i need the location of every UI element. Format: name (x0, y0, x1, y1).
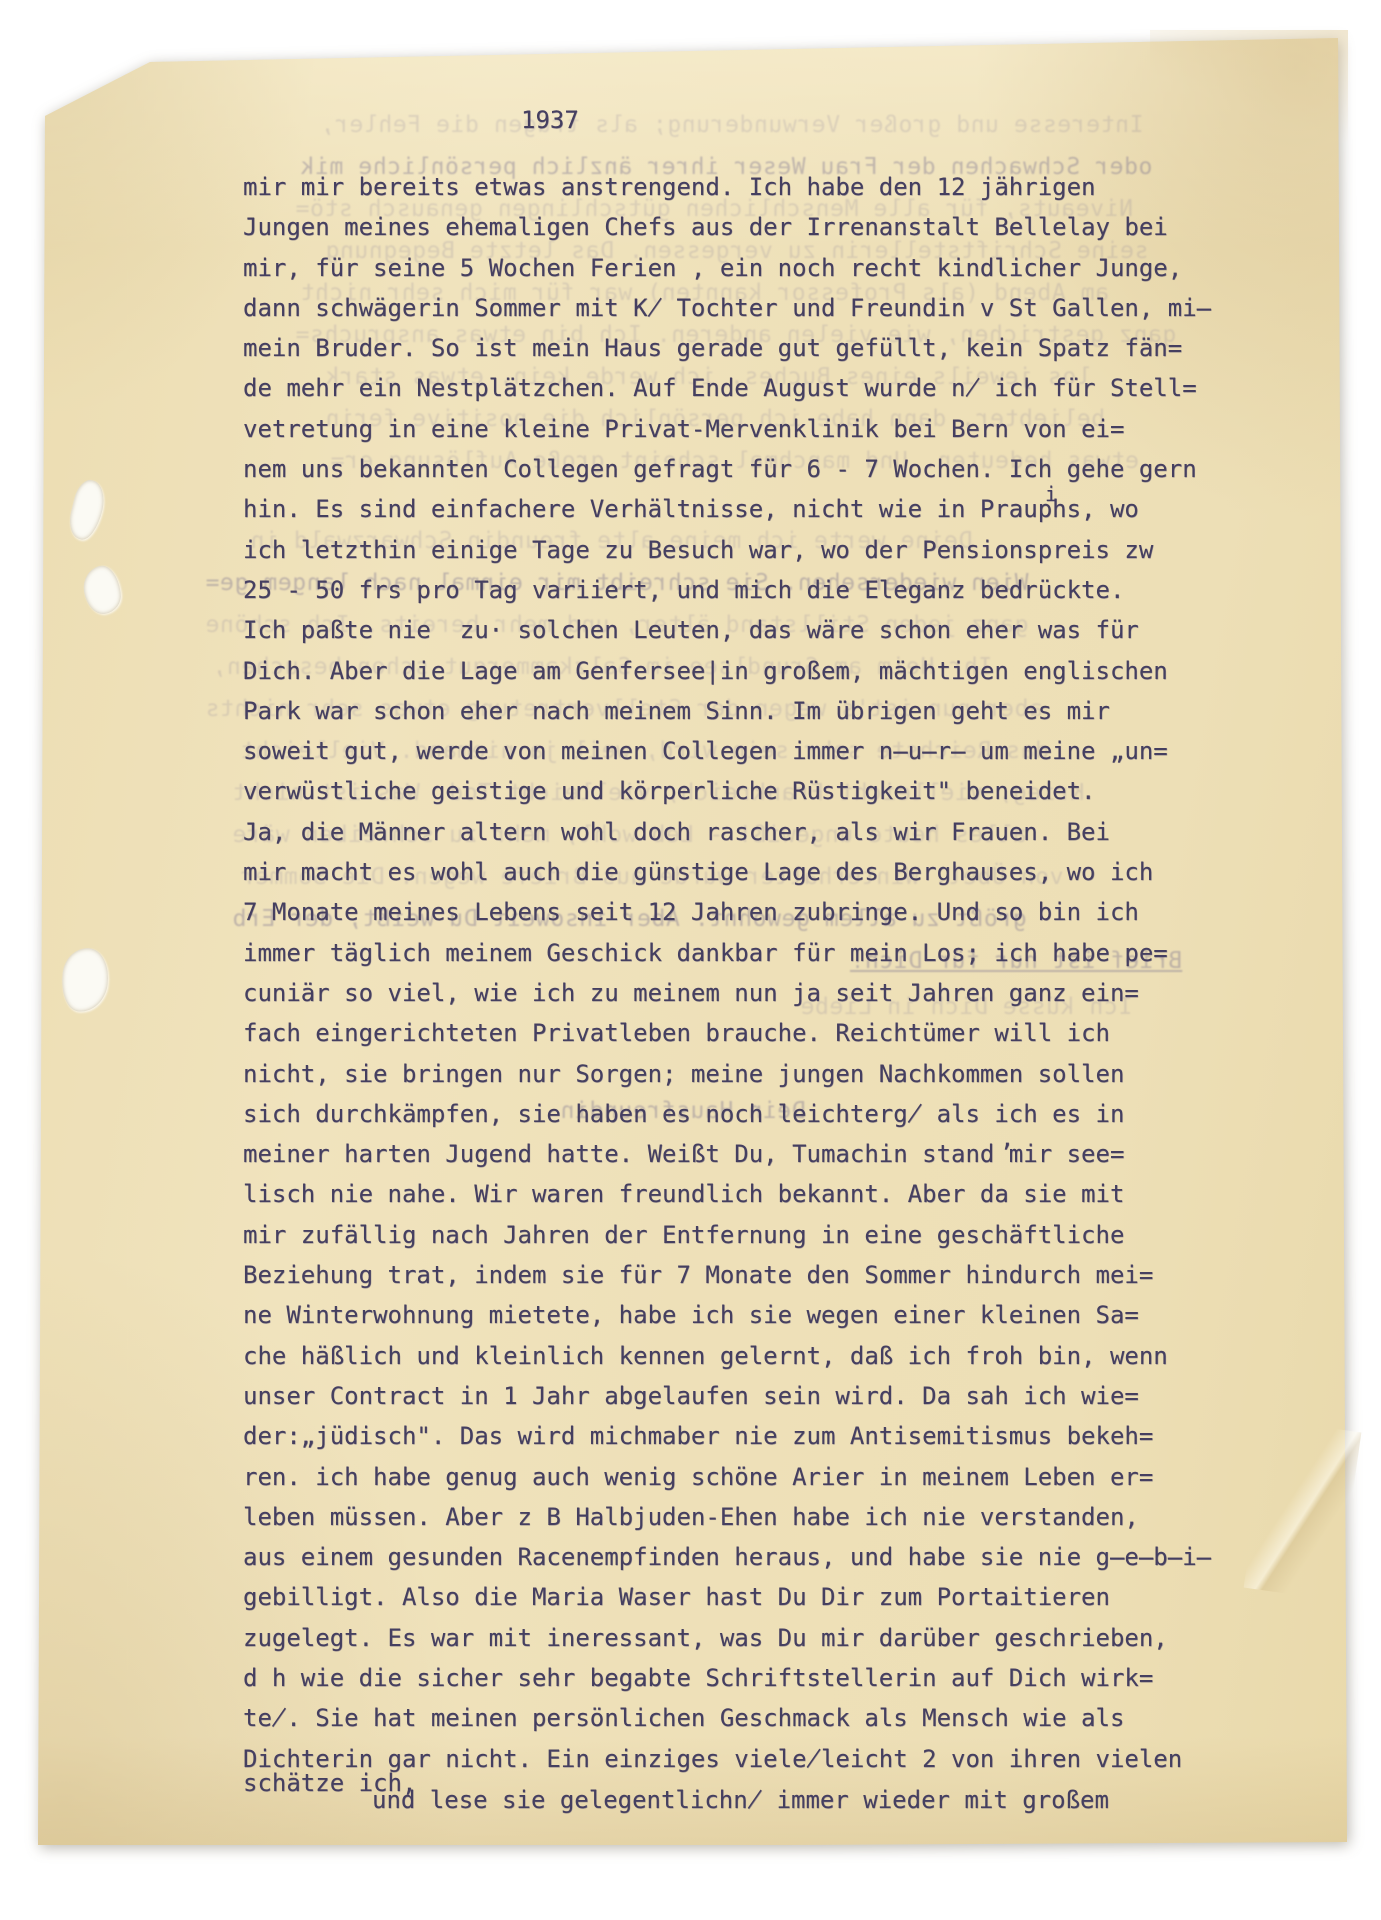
text-line: nem uns bekannten Collegen gefragt für 6… (243, 449, 1223, 489)
text-line: Park war schon eher nach meinem Sinn. Im… (243, 691, 1223, 731)
text-line: leben müssen. Aber z B Halbjuden-Ehen ha… (243, 1497, 1223, 1537)
text-line: verwüstliche geistige und körperliche Rü… (243, 771, 1223, 811)
text-line: mir mir bereits etwas anstrengend. Ich h… (243, 167, 1223, 207)
text-line: meiner harten Jugend hatte. Weißt Du, Tu… (243, 1134, 1223, 1174)
text-line: aus einem gesunden Racenempfinden heraus… (243, 1537, 1223, 1577)
text-line: lisch nie nahe. Wir waren freundlich bek… (243, 1174, 1223, 1214)
text-line: mir, für seine 5 Wochen Ferien , ein noc… (243, 248, 1223, 288)
text-line: dann schwägerin Sommer mit K̸ Tochter un… (243, 288, 1223, 328)
text-line: sich durchkämpfen, sie haben es noch lei… (243, 1094, 1223, 1134)
text-line: mir macht es wohl auch die günstige Lage… (243, 852, 1223, 892)
text-line: Beziehung trat, indem sie für 7 Monate d… (243, 1255, 1223, 1295)
text-line: Ja, die Männer altern wohl doch rascher,… (243, 812, 1223, 852)
text-line: che häßlich und kleinlich kennen gelernt… (243, 1336, 1223, 1376)
text-line: vetretung in eine kleine Privat-Mervenkl… (243, 409, 1223, 449)
inserted-mark: und lese sie gelegentlichn̸ immer wieder… (372, 1786, 1109, 1814)
typed-text-layer: 1937 mir mir bereits etwas anstrengend. … (0, 0, 1381, 1920)
text-line: hin. Es sind einfachere Verhältnisse, ni… (243, 489, 1223, 529)
scanner-background: Interesse und großer Verwunderung; als t… (0, 0, 1381, 1920)
inserted-mark: , (1000, 1124, 1014, 1152)
text-line: ren. ich habe genug auch wenig schöne Ar… (243, 1457, 1223, 1497)
text-line: unser Contract in 1 Jahr abgelaufen sein… (243, 1376, 1223, 1416)
text-line: Jungen meines ehemaligen Chefs aus der I… (243, 207, 1223, 247)
text-line: de mehr ein Nestplätzchen. Auf Ende Augu… (243, 368, 1223, 408)
text-line: ich letzthin einige Tage zu Besuch war, … (243, 530, 1223, 570)
text-line: soweit gut, werde von meinen Collegen im… (243, 731, 1223, 771)
inserted-mark: i (1045, 482, 1057, 506)
text-line: Dich. Aber die Lage am Genfersee|in groß… (243, 651, 1223, 691)
text-line: fach eingerichteten Privatleben brauche.… (243, 1013, 1223, 1053)
text-line: zugelegt. Es war mit ineressant, was Du … (243, 1618, 1223, 1658)
text-line: mein Bruder. So ist mein Haus gerade gut… (243, 328, 1223, 368)
letter-lines: mir mir bereits etwas anstrengend. Ich h… (243, 167, 1223, 1779)
text-line: 7 Monate meines Lebens seit 12 Jahren zu… (243, 892, 1223, 932)
text-line: cuniär so viel, wie ich zu meinem nun ja… (243, 973, 1223, 1013)
text-line: d h wie die sicher sehr begabte Schrifts… (243, 1658, 1223, 1698)
text-line: immer täglich meinem Geschick dankbar fü… (243, 933, 1223, 973)
year-heading: 1937 (521, 106, 579, 134)
text-line: 25 - 50 frs pro Tag variiert, und mich d… (243, 570, 1223, 610)
text-line: te̸. Sie hat meinen persönlichen Geschma… (243, 1698, 1223, 1738)
text-line: ne Winterwohnung mietete, habe ich sie w… (243, 1295, 1223, 1335)
text-line: gebilligt. Also die Maria Waser hast Du … (243, 1577, 1223, 1617)
text-line: nicht, sie bringen nur Sorgen; meine jun… (243, 1054, 1223, 1094)
text-line: mir zufällig nach Jahren der Entfernung … (243, 1215, 1223, 1255)
text-line: Ich paßte nie zu· solchen Leuten, das wä… (243, 610, 1223, 650)
text-line: der:„jüdisch". Das wird michmaber nie zu… (243, 1416, 1223, 1456)
